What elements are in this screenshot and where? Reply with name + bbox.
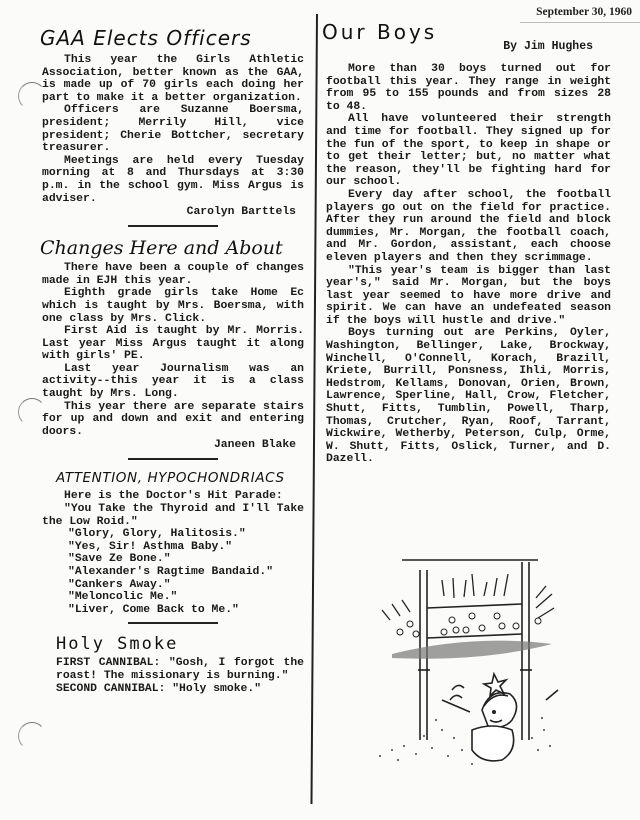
article-our-boys: Our Boys By Jim Hughes More than 30 boys… (326, 20, 611, 466)
song-title: "Alexander's Ragtime Bandaid." (68, 566, 304, 579)
article-paragraph: All have volunteered their strength and … (326, 113, 611, 189)
song-title: "Glory, Glory, Halitosis." (68, 528, 304, 541)
article-paragraph: Eighth grade girls take Home Ec which is… (42, 287, 304, 325)
newspaper-page: September 30, 1960 GAA Elects Officers T… (0, 0, 640, 820)
song-title: "Liver, Come Back to Me." (68, 604, 304, 617)
article-paragraph: Last year Journalism was an activity--th… (42, 363, 304, 401)
article-title: Changes Here and About (40, 237, 304, 259)
joke-line: SECOND CANNIBAL: "Holy smoke." (42, 683, 304, 696)
punch-hole-mark (18, 722, 46, 750)
article-paragraph: "This year's team is bigger than last ye… (326, 265, 611, 328)
article-title: GAA Elects Officers (40, 26, 304, 50)
article-paragraph: This year the Girls Athletic Association… (42, 54, 304, 104)
right-column: Our Boys By Jim Hughes More than 30 boys… (326, 14, 611, 466)
section-divider (128, 458, 218, 460)
section-divider (128, 225, 218, 227)
article-paragraph: Officers are Suzanne Boersma, president;… (42, 104, 304, 154)
article-paragraph: Every day after school, the football pla… (326, 189, 611, 265)
song-title: "Meloncolic Me." (68, 591, 304, 604)
left-column: GAA Elects Officers This year the Girls … (42, 14, 304, 695)
article-gaa: GAA Elects Officers This year the Girls … (42, 26, 304, 227)
football-player-cartoon-icon (332, 550, 562, 780)
article-author: Carolyn Barttels (42, 205, 296, 219)
article-paragraph: There have been a couple of changes made… (42, 262, 304, 287)
article-paragraph: First Aid is taught by Mr. Morris. Last … (42, 325, 304, 363)
article-paragraph: This year there are separate stairs for … (42, 401, 304, 439)
column-rule (310, 14, 317, 804)
article-hypochondriacs: ATTENTION, HYPOCHONDRIACS Here is the Do… (42, 470, 304, 624)
article-intro: Here is the Doctor's Hit Parade: (42, 490, 304, 503)
article-holy-smoke: Holy Smoke FIRST CANNIBAL: "Gosh, I forg… (42, 634, 304, 695)
song-title: "Yes, Sir! Asthma Baby." (68, 541, 304, 554)
article-title: Holy Smoke (56, 634, 304, 654)
article-author: Janeen Blake (42, 438, 296, 452)
song-title: "You Take the Thyroid and I'll Take the … (42, 503, 304, 528)
article-title: ATTENTION, HYPOCHONDRIACS (56, 470, 304, 486)
song-title: "Cankers Away." (68, 579, 304, 592)
article-paragraph: Boys turning out are Perkins, Oyler, Was… (326, 327, 611, 466)
article-paragraph: Meetings are held every Tuesday morning … (42, 155, 304, 205)
article-changes: Changes Here and About There have been a… (42, 237, 304, 460)
article-paragraph: More than 30 boys turned out for footbal… (326, 63, 611, 113)
section-divider (128, 622, 218, 624)
song-title: "Save Ze Bone." (68, 553, 304, 566)
joke-line: FIRST CANNIBAL: "Gosh, I forgot the roas… (42, 657, 304, 682)
